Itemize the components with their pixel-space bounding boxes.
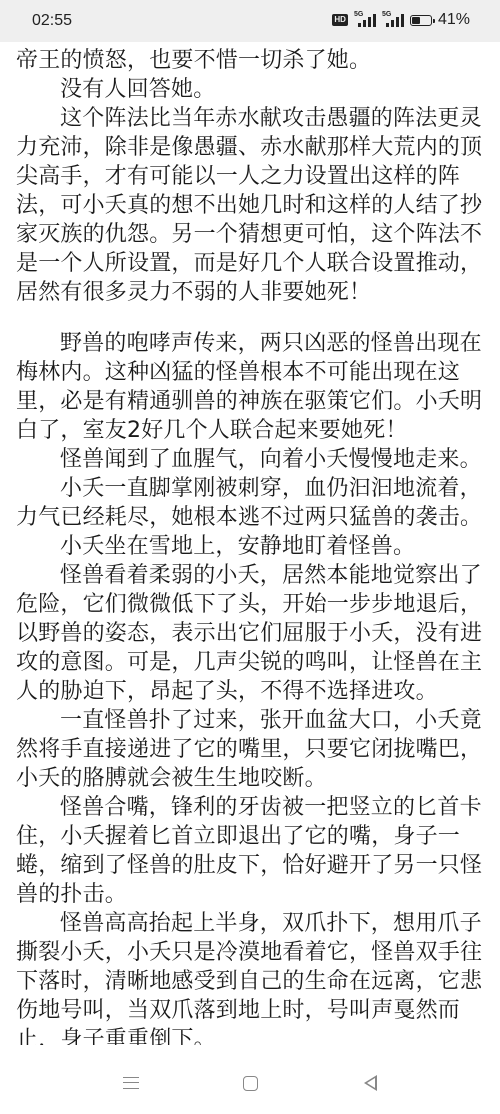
text-line: 野兽的咆哮声传来，两只凶恶的怪兽出现在	[60, 329, 482, 358]
text-line: 兽的扑击。	[16, 880, 127, 909]
status-bar: 02:55 HD 5G 5G 41%	[0, 0, 500, 42]
text-line: 小夭一直脚掌刚被刺穿，血仍汩汩地流着，	[60, 474, 482, 503]
text-line: 攻的意图。可是，几声尖锐的鸣叫，让怪兽在主	[16, 648, 482, 677]
text-line: 家灭族的仇怨。另一个猜想更可怕，这个阵法不	[16, 220, 482, 249]
text-line: 然将手直接递进了它的嘴里，只要它闭拢嘴巴，	[16, 735, 482, 764]
recent-apps-button[interactable]	[119, 1071, 143, 1095]
back-button[interactable]	[358, 1071, 382, 1095]
back-icon	[364, 1075, 377, 1091]
menu-icon	[123, 1077, 139, 1089]
home-icon	[243, 1076, 258, 1091]
navigation-bar	[0, 1045, 500, 1114]
text-line: 怪兽合嘴，锋利的牙齿被一把竖立的匕首卡	[60, 793, 482, 822]
text-line: 小夭坐在雪地上，安静地盯着怪兽。	[60, 532, 415, 561]
text-line: 怪兽看着柔弱的小夭，居然本能地觉察出了	[60, 561, 482, 590]
signal-5g-icon-2: 5G	[382, 12, 404, 28]
text-line: 人的胁迫下，昂起了头，不得不选择进攻。	[16, 677, 438, 706]
text-line: 危险，它们微微低下了头，开始一步步地退后，	[16, 590, 482, 619]
text-line: 白了，室友2好几个人联合起来要她死！	[16, 416, 408, 445]
battery-percent: 41%	[438, 11, 470, 29]
text-line: 法，可小夭真的想不出她几时和这样的人结了抄	[16, 191, 482, 220]
reader-page[interactable]: 帝王的愤怒，也要不惜一切杀了她。没有人回答她。这个阵法比当年赤水献攻击愚疆的阵法…	[0, 44, 500, 1045]
text-line: 力充沛，除非是像愚疆、赤水献那样大荒内的顶	[16, 133, 482, 162]
text-line: 一直怪兽扑了过来，张开血盆大口，小夭竟	[60, 706, 482, 735]
text-line: 居然有很多灵力不弱的人非要她死！	[16, 278, 371, 307]
battery-icon	[410, 15, 432, 26]
text-line: 尖高手，才有可能以一人之力设置出这样的阵	[16, 162, 460, 191]
text-line: 小夭的胳膊就会被生生地咬断。	[16, 764, 327, 793]
status-icons: HD 5G 5G 41%	[332, 11, 470, 29]
text-line: 力气已经耗尽，她根本逃不过两只猛兽的袭击。	[16, 503, 482, 532]
signal-5g-icon-1: 5G	[354, 12, 376, 28]
text-line: 住，小夭握着匕首立即退出了它的嘴，身子一	[16, 822, 460, 851]
text-line: 止，身子重重倒下。	[16, 1025, 216, 1046]
text-line: 伤地号叫，当双爪落到地上时，号叫声戛然而	[16, 996, 460, 1025]
text-line: 没有人回答她。	[60, 75, 215, 104]
text-line: 里，必是有精通驯兽的神族在驱策它们。小夭明	[16, 387, 482, 416]
text-line: 怪兽高高抬起上半身，双爪扑下，想用爪子	[60, 909, 482, 938]
text-line: 下落时，清晰地感受到自己的生命在远离，它悲	[16, 967, 482, 996]
status-time: 02:55	[32, 12, 72, 30]
text-line: 以野兽的姿态，表示出它们屈服于小夭，没有进	[16, 619, 482, 648]
home-button[interactable]	[238, 1071, 262, 1095]
text-line: 怪兽闻到了血腥气，向着小夭慢慢地走来。	[60, 445, 482, 474]
text-line: 蜷，缩到了怪兽的肚皮下，恰好避开了另一只怪	[16, 851, 482, 880]
text-line: 梅林内。这种凶猛的怪兽根本不可能出现在这	[16, 358, 460, 387]
text-line: 是一个人所设置，而是好几个人联合设置推动，	[16, 249, 482, 278]
text-line: 帝王的愤怒，也要不惜一切杀了她。	[16, 46, 371, 75]
hd-voice-icon: HD	[332, 14, 348, 26]
text-line: 这个阵法比当年赤水献攻击愚疆的阵法更灵	[60, 104, 482, 133]
text-line: 撕裂小夭，小夭只是冷漠地看着它，怪兽双手往	[16, 938, 482, 967]
